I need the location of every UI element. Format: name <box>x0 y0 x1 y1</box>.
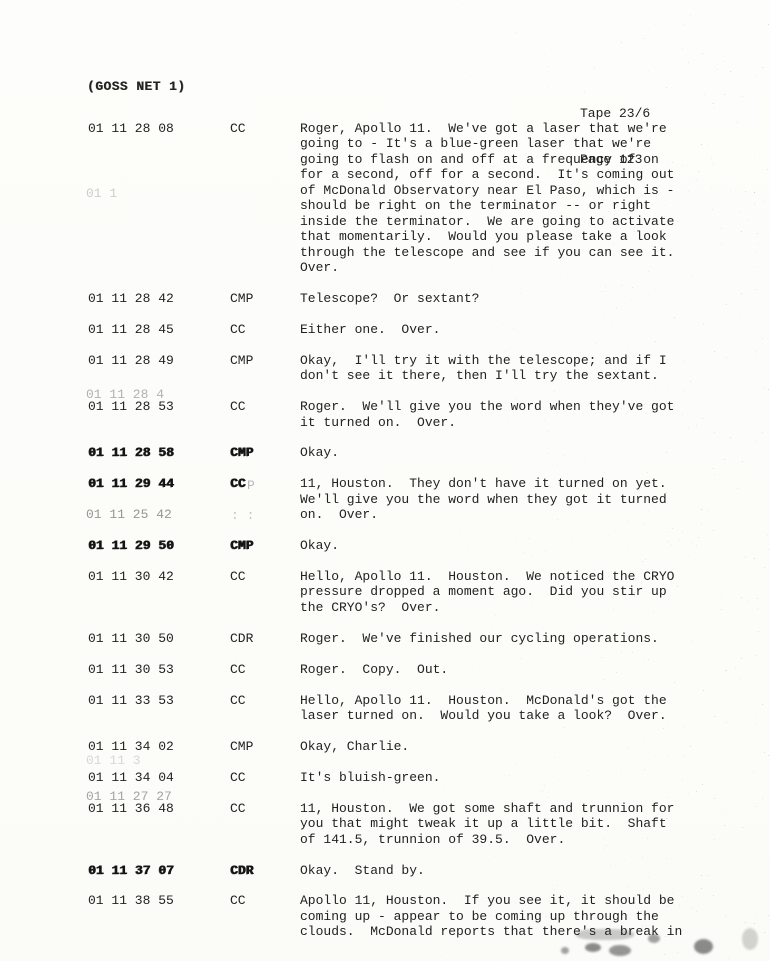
utterance-text: Roger. Copy. Out. <box>300 662 700 677</box>
timestamp: 01 11 29 50 <box>88 538 230 553</box>
ghost-timestamp: 01 1 <box>86 186 117 201</box>
utterance-text: Okay. <box>300 538 700 553</box>
utterance-text: Apollo 11, Houston. If you see it, it sh… <box>300 893 700 939</box>
utterance-text: Okay. <box>300 445 700 460</box>
utterance-text: 11, Houston. We got some shaft and trunn… <box>300 801 700 847</box>
transcript-entry: 01 11 30 50 CDR Roger. We've finished ou… <box>88 631 708 646</box>
ghost-timestamp: 01 11 25 42 <box>86 507 172 522</box>
utterance-text: Hello, Apollo 11. Houston. McDonald's go… <box>300 693 700 724</box>
ghost-timestamp: 01 11 28 4 <box>86 387 164 402</box>
timestamp: 01 11 28 45 <box>88 322 230 337</box>
timestamp: 01 11 38 55 <box>88 893 230 908</box>
transcript-entry: 01 11 30 53 CC Roger. Copy. Out. <box>88 662 708 677</box>
speaker-code: CC <box>230 569 300 584</box>
utterance-text: Roger. We'll give you the word when they… <box>300 399 700 430</box>
utterance-text: Okay, I'll try it with the telescope; an… <box>300 353 700 384</box>
utterance-text: Either one. Over. <box>300 322 700 337</box>
speaker-code: CMP <box>230 538 300 553</box>
speaker-code: CDR <box>230 863 300 878</box>
net-label: (GOSS NET 1) <box>87 79 185 94</box>
transcript-entry: 01 11 30 42 CC Hello, Apollo 11. Houston… <box>88 569 708 615</box>
transcript-page: (GOSS NET 1) Tape 23/6 Page 123 01 11 28… <box>0 0 770 961</box>
transcript-entry: 01 11 33 53 CC Hello, Apollo 11. Houston… <box>88 693 708 724</box>
transcript-entry: 01 11 28 53 CC Roger. We'll give you the… <box>88 399 708 430</box>
speaker-code: CC <box>230 322 300 337</box>
utterance-text: It's bluish-green. <box>300 770 700 785</box>
transcript-entry: 01 11 34 02 CMP Okay, Charlie. <box>88 739 708 754</box>
transcript-entry: 01 11 37 07 CDR Okay. Stand by. <box>88 863 708 878</box>
timestamp: 01 11 30 50 <box>88 631 230 646</box>
transcript-entry: 01 11 38 55 CC Apollo 11, Houston. If yo… <box>88 893 708 939</box>
utterance-text: Okay. Stand by. <box>300 863 700 878</box>
ghost-timestamp: : : <box>231 508 254 523</box>
utterance-text: Okay, Charlie. <box>300 739 700 754</box>
speaker-code: CDR <box>230 631 300 646</box>
timestamp: 01 11 28 42 <box>88 291 230 306</box>
transcript-entry: 01 11 28 49 CMP Okay, I'll try it with t… <box>88 353 708 384</box>
ghost-timestamp: 01 11 27 27 <box>86 789 172 804</box>
transcript-entry: 01 11 28 42 CMP Telescope? Or sextant? <box>88 291 708 306</box>
timestamp: 01 11 34 04 <box>88 770 230 785</box>
utterance-text: Telescope? Or sextant? <box>300 291 700 306</box>
timestamp: 01 11 37 07 <box>88 863 230 878</box>
ghost-timestamp: P <box>247 478 255 493</box>
transcript-entry: 01 11 28 08 CC Roger, Apollo 11. We've g… <box>88 121 708 276</box>
speaker-code: CC <box>230 801 300 816</box>
utterance-text: Roger, Apollo 11. We've got a laser that… <box>300 121 700 276</box>
transcript-entry: 01 11 28 45 CC Either one. Over. <box>88 322 708 337</box>
timestamp: 01 11 28 58 <box>88 445 230 460</box>
ink-smudge <box>742 928 758 950</box>
speaker-code: CC <box>230 662 300 677</box>
transcript-entry: 01 11 28 58 CMP Okay. <box>88 445 708 460</box>
speaker-code: CC <box>230 770 300 785</box>
speaker-code: CC <box>230 693 300 708</box>
speaker-code: CC <box>230 893 300 908</box>
timestamp: 01 11 33 53 <box>88 693 230 708</box>
speaker-code: CMP <box>230 353 300 368</box>
timestamp: 01 11 30 42 <box>88 569 230 584</box>
speaker-code: CC <box>230 476 300 491</box>
utterance-text: 11, Houston. They don't have it turned o… <box>300 476 700 522</box>
transcript-entry: 01 11 29 50 CMP Okay. <box>88 538 708 553</box>
speaker-code: CC <box>230 399 300 414</box>
timestamp: 01 11 30 53 <box>88 662 230 677</box>
transcript-entry: 01 11 36 48 CC 11, Houston. We got some … <box>88 801 708 847</box>
speaker-code: CC <box>230 121 300 136</box>
speaker-code: CMP <box>230 291 300 306</box>
timestamp: 01 11 28 08 <box>88 121 230 136</box>
transcript-entries: 01 11 28 08 CC Roger, Apollo 11. We've g… <box>88 121 708 955</box>
transcript-entry: 01 11 34 04 CC It's bluish-green. <box>88 770 708 785</box>
ghost-timestamp: 01 11 3 <box>86 753 141 768</box>
timestamp: 01 11 29 44 <box>88 476 230 491</box>
timestamp: 01 11 28 49 <box>88 353 230 368</box>
utterance-text: Roger. We've finished our cycling operat… <box>300 631 700 646</box>
tape-number: Tape 23/6 <box>580 106 650 121</box>
transcript-entry: 01 11 29 44 CC 11, Houston. They don't h… <box>88 476 708 522</box>
speaker-code: CMP <box>230 739 300 754</box>
speaker-code: CMP <box>230 445 300 460</box>
utterance-text: Hello, Apollo 11. Houston. We noticed th… <box>300 569 700 615</box>
